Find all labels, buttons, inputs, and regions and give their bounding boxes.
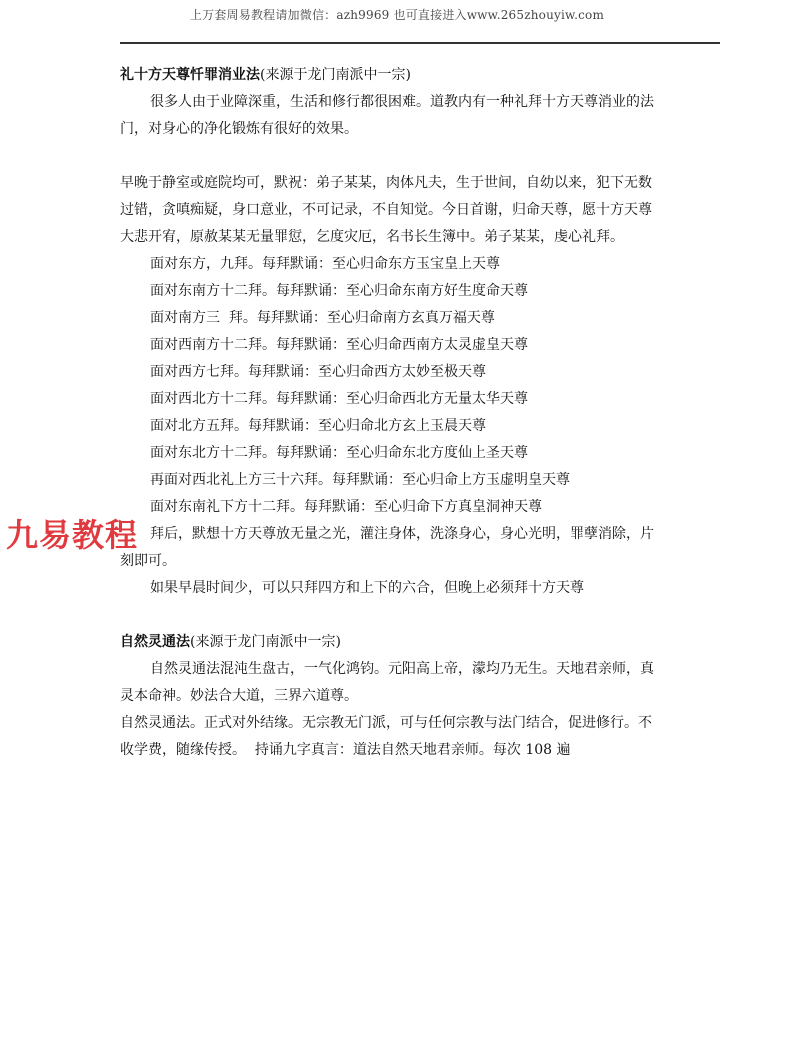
spacer [120, 143, 720, 170]
paragraph-line: 大悲开宥，原赦某某无量罪愆，乞度灾厄，名书长生簿中。弟子某某，虔心礼拜。 [120, 224, 720, 251]
spacer [120, 602, 720, 629]
section-heading: 礼十方天尊忏罪消业法(来源于龙门南派中一宗) [120, 62, 720, 89]
step-line: 面对东南方十二拜。每拜默诵：至心归命东南方好生度命天尊 [120, 278, 720, 305]
paragraph-line: 很多人由于业障深重，生活和修行都很困难。道教内有一种礼拜十方天尊消业的法 [120, 89, 720, 116]
step-line: 面对东南礼下方十二拜。每拜默诵：至心归命下方真皇洞神天尊 [120, 494, 720, 521]
section-heading: 自然灵通法(来源于龙门南派中一宗) [120, 629, 720, 656]
paragraph-line: 收学费，随缘传授。 持诵九字真言：道法自然天地君亲师。每次 108 遍 [120, 737, 720, 764]
section-title: 自然灵通法 [120, 634, 190, 650]
paragraph-line: 如果早晨时间少，可以只拜四方和上下的六合，但晚上必须拜十方天尊 [120, 575, 720, 602]
watermark-logo: 九易教程 [6, 510, 138, 556]
paragraph-line: 刻即可。 [120, 548, 720, 575]
paragraph-line: 门，对身心的净化锻炼有很好的效果。 [120, 116, 720, 143]
paragraph-line: 自然灵通法。正式对外结缘。无宗教无门派，可与任何宗教与法门结合，促进修行。不 [120, 710, 720, 737]
step-line: 面对西方七拜。每拜默诵：至心归命西方太妙至极天尊 [120, 359, 720, 386]
step-line: 面对南方三 拜。每拜默诵：至心归命南方玄真万福天尊 [120, 305, 720, 332]
paragraph-line: 过错，贪嗔痴疑，身口意业，不可记录，不自知觉。今日首谢，归命天尊，愿十方天尊 [120, 197, 720, 224]
step-line: 面对西北方十二拜。每拜默诵：至心归命西北方无量太华天尊 [120, 386, 720, 413]
step-line: 面对北方五拜。每拜默诵：至心归命北方玄上玉晨天尊 [120, 413, 720, 440]
paragraph-line: 早晚于静室或庭院均可，默祝：弟子某某，肉体凡夫，生于世间，自幼以来，犯下无数 [120, 170, 720, 197]
step-line: 再面对西北礼上方三十六拜。每拜默诵：至心归命上方玉虚明皇天尊 [120, 467, 720, 494]
step-line: 面对西南方十二拜。每拜默诵：至心归命西南方太灵虚皇天尊 [120, 332, 720, 359]
section-title: 礼十方天尊忏罪消业法 [120, 67, 260, 83]
paragraph-line: 自然灵通法混沌生盘古，一气化鸿钧。元阳高上帝，濛均乃无生。天地君亲师，真 [120, 656, 720, 683]
step-line: 面对东方，九拜。每拜默诵：至心归命东方玉宝皇上天尊 [120, 251, 720, 278]
section-source: (来源于龙门南派中一宗) [260, 67, 411, 83]
paragraph-line: 灵本命神。妙法合大道，三界六道尊。 [120, 683, 720, 710]
document-body: 礼十方天尊忏罪消业法(来源于龙门南派中一宗) 很多人由于业障深重，生活和修行都很… [120, 62, 720, 764]
header-divider [120, 42, 720, 44]
page-header: 上万套周易教程请加微信：azh9969 也可直接进入www.265zhouyiw… [0, 6, 794, 23]
section-source: (来源于龙门南派中一宗) [190, 634, 341, 650]
paragraph-line: 拜后，默想十方天尊放无量之光，灌注身体，洗涤身心，身心光明，罪孽消除，片 [120, 521, 720, 548]
step-line: 面对东北方十二拜。每拜默诵：至心归命东北方度仙上圣天尊 [120, 440, 720, 467]
